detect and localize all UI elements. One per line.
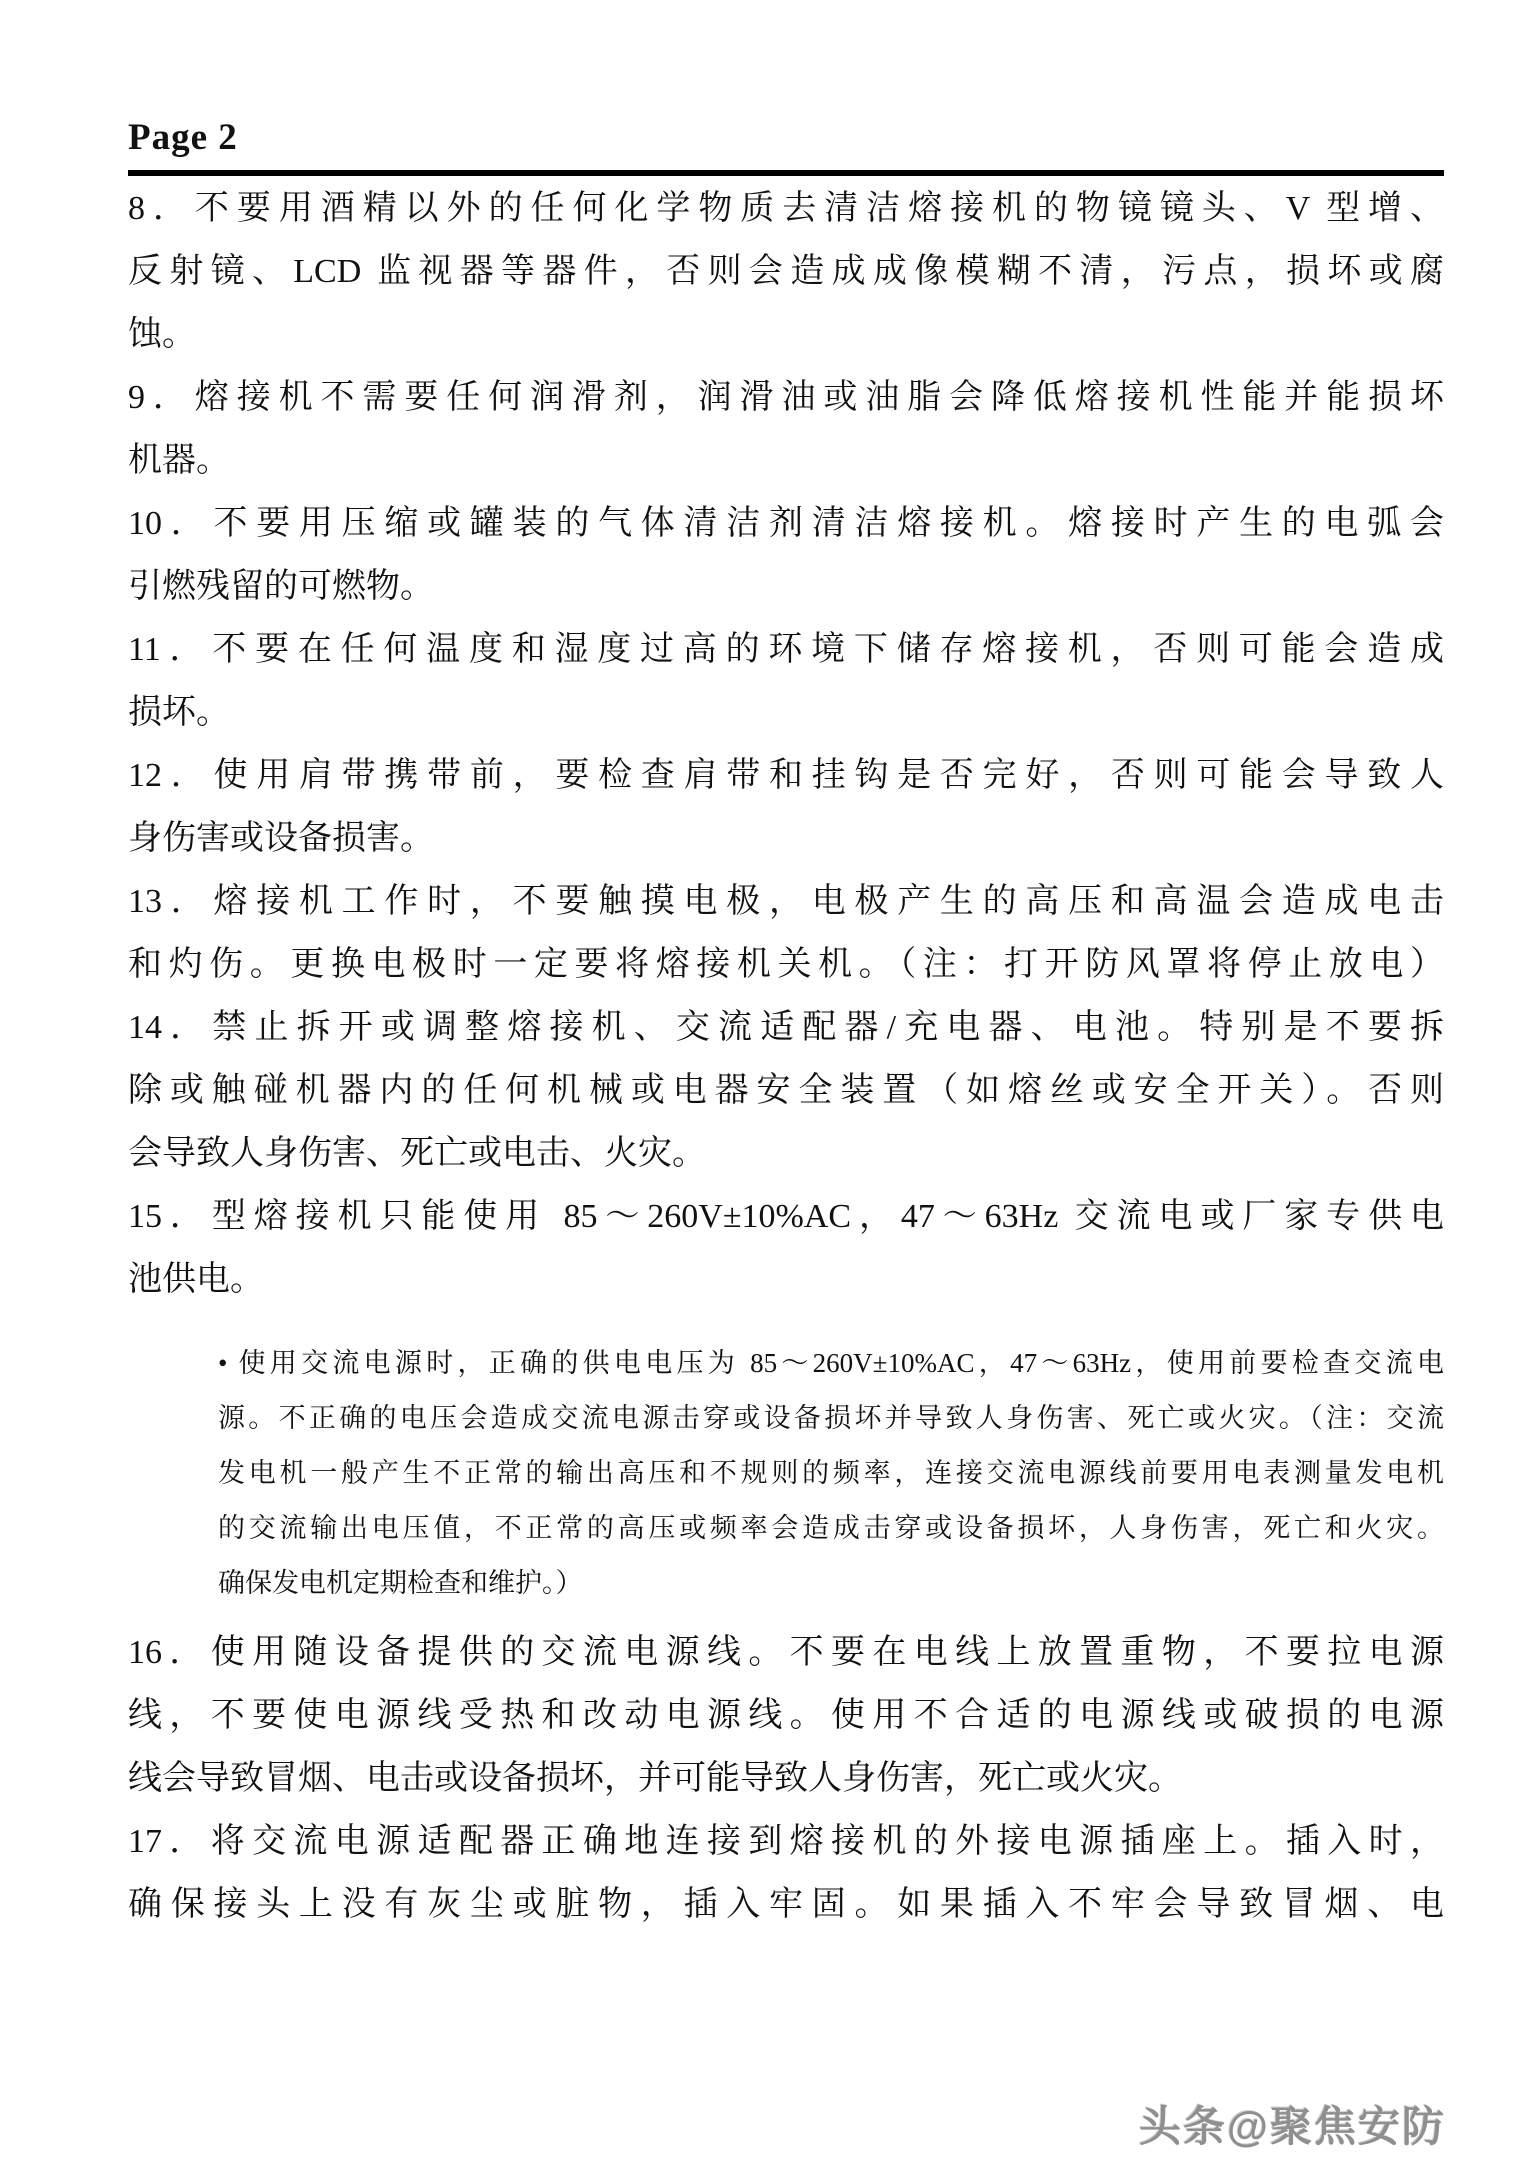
page-title: Page 2 <box>128 118 1444 158</box>
text-line: 13．熔接机工作时，不要触摸电极，电极产生的高压和高温会造成电击 <box>128 870 1444 933</box>
text-line: 10．不要用压缩或罐装的气体清洁剂清洁熔接机。熔接时产生的电弧会 <box>128 492 1444 555</box>
text-line: 17．将交流电源适配器正确地连接到熔接机的外接电源插座上。插入时， <box>128 1810 1444 1873</box>
document-body: 8．不要用酒精以外的任何化学物质去清洁熔接机的物镜镜头、V 型增、反射镜、LCD… <box>128 177 1444 1936</box>
text-line: 12．使用肩带携带前，要检查肩带和挂钩是否完好，否则可能会导致人 <box>128 744 1444 807</box>
text-line: 确保接头上没有灰尘或脏物，插入牢固。如果插入不牢会导致冒烟、电 <box>128 1873 1444 1936</box>
text-line: 反射镜、LCD 监视器等器件，否则会造成成像模糊不清，污点，损坏或腐 <box>128 240 1444 303</box>
document-page: Page 2 8．不要用酒精以外的任何化学物质去清洁熔接机的物镜镜头、V 型增、… <box>0 0 1536 2174</box>
text-line: 线，不要使电源线受热和改动电源线。使用不合适的电源线或破损的电源 <box>128 1684 1444 1747</box>
text-line: 8．不要用酒精以外的任何化学物质去清洁熔接机的物镜镜头、V 型增、 <box>128 177 1444 240</box>
text-line: 的交流输出电压值，不正常的高压或频率会造成击穿或设备损坏，人身伤害，死亡和火灾。 <box>128 1501 1444 1556</box>
text-line: 9．熔接机不需要任何润滑剂，润滑油或油脂会降低熔接机性能并能损坏 <box>128 366 1444 429</box>
text-line: 发电机一般产生不正常的输出高压和不规则的频率，连接交流电源线前要用电表测量发电机 <box>128 1446 1444 1501</box>
text-line: 源。不正确的电压会造成交流电源击穿或设备损坏并导致人身伤害、死亡或火灾。（注：交… <box>128 1391 1444 1446</box>
text-line: 15．型熔接机只能使用 85～260V±10%AC，47～63Hz 交流电或厂家… <box>128 1185 1444 1248</box>
text-line: 身伤害或设备损害。 <box>128 807 1444 870</box>
watermark: 头条@聚焦安防 <box>1139 2094 1446 2154</box>
text-line: 引燃残留的可燃物。 <box>128 555 1444 618</box>
text-line: 11．不要在任何温度和湿度过高的环境下储存熔接机，否则可能会造成 <box>128 618 1444 681</box>
text-line: 机器。 <box>128 429 1444 492</box>
text-line: 池供电。 <box>128 1248 1444 1311</box>
text-line: 会导致人身伤害、死亡或电击、火灾。 <box>128 1122 1444 1185</box>
page-margins: Page 2 8．不要用酒精以外的任何化学物质去清洁熔接机的物镜镜头、V 型增、… <box>0 0 1536 1936</box>
text-line: 蚀。 <box>128 303 1444 366</box>
text-line: 14．禁止拆开或调整熔接机、交流适配器/充电器、电池。特别是不要拆 <box>128 996 1444 1059</box>
text-line: 确保发电机定期检查和维护。） <box>128 1556 1444 1611</box>
text-line: 线会导致冒烟、电击或设备损坏，并可能导致人身伤害，死亡或火灾。 <box>128 1747 1444 1810</box>
text-line: 和灼伤。更换电极时一定要将熔接机关机。（注：打开防风罩将停止放电） <box>128 933 1444 996</box>
text-line: 16．使用随设备提供的交流电源线。不要在电线上放置重物，不要拉电源 <box>128 1621 1444 1684</box>
text-line: • 使用交流电源时，正确的供电电压为 85～260V±10%AC，47～63Hz… <box>128 1336 1444 1391</box>
header-rule <box>128 170 1444 176</box>
text-line: 除或触碰机器内的任何机械或电器安全装置（如熔丝或安全开关）。否则 <box>128 1059 1444 1122</box>
text-line: 损坏。 <box>128 681 1444 744</box>
